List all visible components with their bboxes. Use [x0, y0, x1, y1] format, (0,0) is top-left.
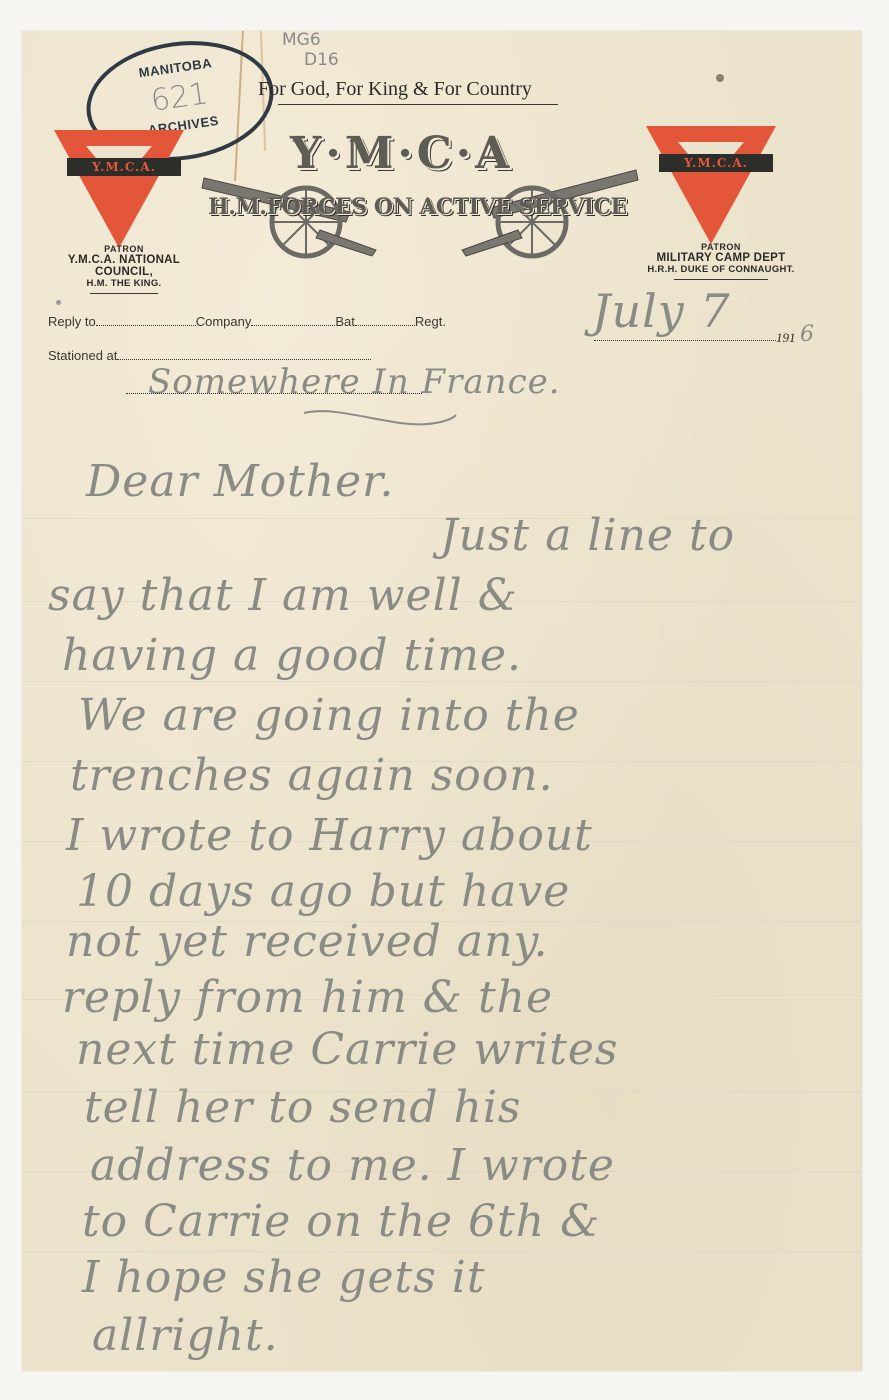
patron-line1-left: Y.M.C.A. NATIONAL COUNCIL, — [48, 254, 200, 278]
letter-salutation: Dear Mother. — [86, 456, 394, 507]
stationed-row: Stationed at — [48, 348, 371, 363]
ruled-line — [22, 681, 862, 682]
letter-line: 10 days ago but have — [76, 866, 570, 917]
red-triangle-icon — [646, 126, 776, 246]
ink-spot — [716, 74, 724, 82]
company-field[interactable] — [251, 315, 335, 326]
stationed-field[interactable] — [117, 349, 371, 360]
patron-rule-left — [90, 293, 158, 294]
letter-line: address to me. I wrote — [90, 1140, 615, 1191]
archive-note-line1: MG6 — [282, 30, 339, 50]
patron-label-left: PATRON — [48, 244, 200, 254]
reply-to-row: Reply toCompanyBatRegt. — [48, 314, 446, 329]
letterhead-subtitle: H.M.FORCES ON ACTIVE SERVICE — [208, 194, 627, 220]
patron-block-right: PATRON MILITARY CAMP DEPT H.R.H. DUKE OF… — [636, 242, 806, 280]
patron-line2-left: H.M. THE KING. — [48, 278, 200, 289]
letter-line: reply from him & the — [62, 972, 553, 1023]
letter-line: I hope she gets it — [82, 1252, 486, 1303]
red-triangle-icon — [54, 130, 184, 250]
emblem-band-right: Y.M.C.A. — [659, 154, 773, 172]
letter-line: having a good time. — [62, 630, 522, 681]
date-handwritten: July 7 — [592, 284, 731, 338]
company-label: Company — [196, 314, 252, 329]
letterhead-motto: For God, For King & For Country — [258, 78, 532, 101]
archive-note: MG6 D16 — [258, 30, 339, 70]
regt-label: Regt. — [415, 314, 446, 329]
bat-field[interactable] — [355, 315, 415, 326]
patron-rule-right — [674, 279, 768, 280]
flourish-icon — [300, 405, 460, 435]
motto-underline — [278, 104, 558, 105]
ymca-triangle-logo-left: Y.M.C.A. — [54, 130, 184, 250]
reply-to-label: Reply to — [48, 314, 96, 329]
letter-line: not yet received any. — [66, 916, 549, 967]
stationed-value-line — [126, 393, 422, 394]
patron-label-right: PATRON — [636, 242, 806, 252]
date-line — [594, 340, 776, 341]
letter-line: tell her to send his — [84, 1082, 522, 1133]
letter-line: next time Carrie writes — [76, 1024, 619, 1075]
letter-line: I wrote to Harry about — [66, 810, 593, 861]
patron-line1-right: MILITARY CAMP DEPT — [636, 252, 806, 264]
stationed-label: Stationed at — [48, 348, 117, 363]
year-printed: 191 — [776, 330, 796, 346]
letterhead-title: Y·M·C·A — [290, 128, 513, 179]
letter-line: We are going into the — [78, 690, 580, 741]
archive-note-line2: D16 — [304, 50, 339, 70]
patron-block-left: PATRON Y.M.C.A. NATIONAL COUNCIL, H.M. T… — [48, 244, 200, 294]
punch-mark — [56, 300, 61, 305]
bat-label: Bat — [335, 314, 355, 329]
ymca-triangle-logo-right: Y.M.C.A. — [646, 126, 776, 246]
letter-line: say that I am well & — [48, 570, 518, 621]
stationed-value: Somewhere In France. — [148, 362, 561, 402]
reply-to-field[interactable] — [96, 315, 196, 326]
letter-line: to Carrie on the 6th & — [82, 1196, 600, 1247]
emblem-band-left: Y.M.C.A. — [67, 158, 181, 176]
year-handwritten: 6 — [800, 322, 815, 347]
letter-line: trenches again soon. — [70, 750, 554, 801]
letter-line: allright. — [92, 1310, 279, 1361]
letter-line: Just a line to — [440, 510, 735, 561]
patron-line2-right: H.R.H. DUKE OF CONNAUGHT. — [636, 264, 806, 275]
